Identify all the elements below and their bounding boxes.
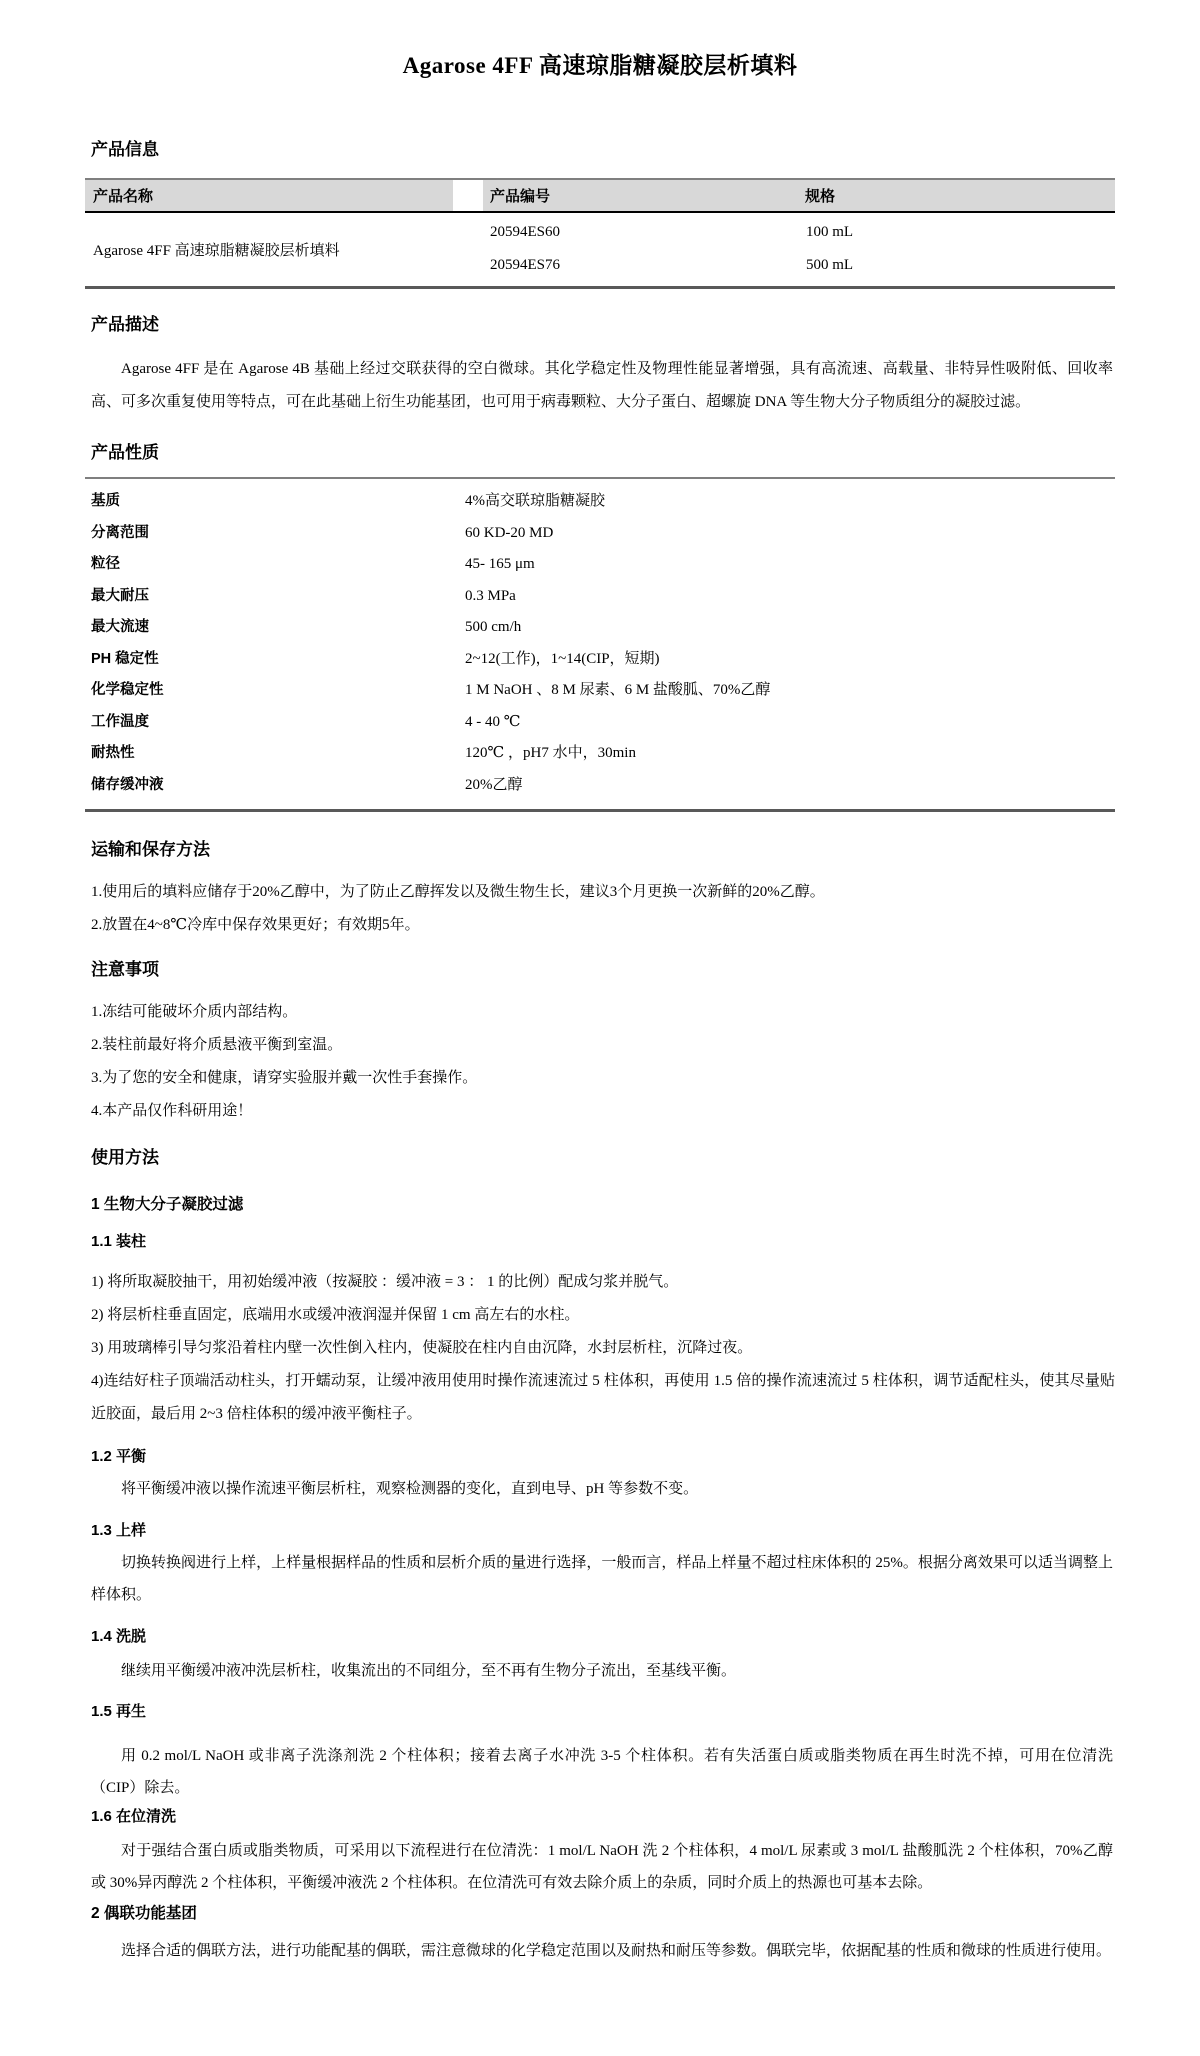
product-code-cell: 20594ES60 [490, 224, 806, 241]
table-row: 分离范围 60 KD-20 MD [85, 518, 1115, 550]
page-title: Agarose 4FF 高速琼脂糖凝胶层析填料 [85, 48, 1115, 84]
usage-paragraph-1-6: 对于强结合蛋白质或脂类物质，可采用以下流程进行在位清洗：1 mol/L NaOH… [85, 1835, 1115, 1899]
storage-list: 1.使用后的填料应储存于20%乙醇中，为了防止乙醇挥发以及微生物生长，建议3个月… [85, 876, 1115, 942]
product-variants: 20594ES60 100 mL 20594ES76 500 mL [490, 216, 1115, 282]
table-row: 粒径 45- 165 μm [85, 549, 1115, 581]
header-cell-product-name: 产品名称 [85, 180, 453, 211]
usage-heading-1-3: 1.3 上样 [85, 1520, 1115, 1541]
property-value: 120℃ ，pH7 水中，30min [465, 738, 1115, 770]
section-heading-notes: 注意事项 [85, 958, 1115, 982]
table-row: 20594ES76 500 mL [490, 249, 1115, 282]
usage-heading-1-2: 1.2 平衡 [85, 1446, 1115, 1467]
table-row: PH 稳定性 2~12(工作)，1~14(CIP，短期) [85, 644, 1115, 676]
usage-part2-heading: 2 偶联功能基团 [85, 1903, 1115, 1925]
property-label: 分离范围 [85, 518, 465, 550]
column-header-label: 规格 [805, 185, 835, 206]
usage-heading-1-4: 1.4 洗脱 [85, 1626, 1115, 1647]
property-label: 基质 [85, 486, 465, 518]
table-row: 20594ES60 100 mL [490, 216, 1115, 249]
property-value: 20%乙醇 [465, 770, 1115, 802]
property-value: 4%高交联琼脂糖凝胶 [465, 486, 1115, 518]
product-name-cell: Agarose 4FF 高速琼脂糖凝胶层析填料 [85, 216, 490, 282]
notes-list: 1.冻结可能破坏介质内部结构。 2.装柱前最好将介质悬液平衡到室温。 3.为了您… [85, 996, 1115, 1128]
property-label: 化学稳定性 [85, 675, 465, 707]
list-item: 3.为了您的安全和健康，请穿实验服并戴一次性手套操作。 [85, 1062, 1115, 1095]
usage-paragraph-1-4: 继续用平衡缓冲液冲洗层析柱，收集流出的不同组分，至不再有生物分子流出，至基线平衡… [85, 1655, 1115, 1687]
table-row: 化学稳定性 1 M NaOH 、8 M 尿素、6 M 盐酸胍、70%乙醇 [85, 675, 1115, 707]
description-paragraph: Agarose 4FF 是在 Agarose 4B 基础上经过交联获得的空白微球… [85, 353, 1115, 419]
document-page: Agarose 4FF 高速琼脂糖凝胶层析填料 产品信息 产品名称 产品编号 规… [0, 0, 1200, 2056]
product-info-table: 产品名称 产品编号 规格 Agarose 4FF 高速琼脂糖凝胶层析填料 205… [85, 178, 1115, 289]
section-heading-usage: 使用方法 [85, 1146, 1115, 1170]
list-item: 3) 用玻璃棒引导匀浆沿着柱内壁一次性倒入柱内，使凝胶在柱内自由沉降，水封层析柱… [85, 1332, 1115, 1365]
usage-paragraph-1-2: 将平衡缓冲液以操作流速平衡层析柱，观察检测器的变化，直到电导、pH 等参数不变。 [85, 1473, 1115, 1505]
property-value: 0.3 MPa [465, 581, 1115, 613]
table-row: 最大流速 500 cm/h [85, 612, 1115, 644]
property-value: 500 cm/h [465, 612, 1115, 644]
property-label: 耐热性 [85, 738, 465, 770]
property-label: 储存缓冲液 [85, 770, 465, 802]
packing-steps-list: 1) 将所取凝胶抽干，用初始缓冲液（按凝胶 ：缓冲液 = 3 ： 1 的比例）配… [85, 1266, 1115, 1431]
table-row: 耐热性 120℃ ，pH7 水中，30min [85, 738, 1115, 770]
property-value: 45- 165 μm [465, 549, 1115, 581]
properties-table: 基质 4%高交联琼脂糖凝胶 分离范围 60 KD-20 MD 粒径 45- 16… [85, 477, 1115, 812]
property-label: PH 稳定性 [85, 644, 465, 676]
property-value: 60 KD-20 MD [465, 518, 1115, 550]
column-header-label: 产品名称 [93, 185, 153, 206]
list-item: 2.放置在4~8℃冷库中保存效果更好；有效期5年。 [85, 909, 1115, 942]
property-label: 最大流速 [85, 612, 465, 644]
list-item: 4)连结好柱子顶端活动柱头，打开蠕动泵，让缓冲液用使用时操作流速流过 5 柱体积… [85, 1365, 1115, 1431]
product-code-cell: 20594ES76 [490, 257, 806, 274]
table-row: 最大耐压 0.3 MPa [85, 581, 1115, 613]
usage-heading-1-1: 1.1 装柱 [85, 1231, 1115, 1252]
usage-paragraph-1-5: 用 0.2 mol/L NaOH 或非离子洗涤剂洗 2 个柱体积；接着去离子水冲… [85, 1740, 1115, 1804]
list-item: 1.冻结可能破坏介质内部结构。 [85, 996, 1115, 1029]
table-row: 储存缓冲液 20%乙醇 [85, 770, 1115, 802]
list-item: 1) 将所取凝胶抽干，用初始缓冲液（按凝胶 ：缓冲液 = 3 ： 1 的比例）配… [85, 1266, 1115, 1299]
section-heading-product-info: 产品信息 [85, 138, 1115, 162]
column-header-label: 产品编号 [490, 185, 805, 206]
section-heading-properties: 产品性质 [85, 441, 1115, 465]
header-cell-gap [453, 180, 483, 211]
usage-part1-heading: 1 生物大分子凝胶过滤 [85, 1194, 1115, 1216]
product-info-table-body: Agarose 4FF 高速琼脂糖凝胶层析填料 20594ES60 100 mL… [85, 213, 1115, 286]
usage-heading-1-5: 1.5 再生 [85, 1701, 1115, 1722]
usage-paragraph-1-3: 切换转换阀进行上样，上样量根据样品的性质和层析介质的量进行选择，一般而言，样品上… [85, 1547, 1115, 1611]
property-label: 粒径 [85, 549, 465, 581]
list-item: 2.装柱前最好将介质悬液平衡到室温。 [85, 1029, 1115, 1062]
product-info-table-header-row: 产品名称 产品编号 规格 [85, 180, 1115, 213]
list-item: 1.使用后的填料应储存于20%乙醇中，为了防止乙醇挥发以及微生物生长，建议3个月… [85, 876, 1115, 909]
table-row: 工作温度 4 - 40 ℃ [85, 707, 1115, 739]
list-item: 2) 将层析柱垂直固定，底端用水或缓冲液润湿并保留 1 cm 高左右的水柱。 [85, 1299, 1115, 1332]
usage-heading-1-6: 1.6 在位清洗 [85, 1806, 1115, 1827]
product-size-cell: 500 mL [806, 257, 1115, 274]
list-item: 4.本产品仅作科研用途！ [85, 1095, 1115, 1128]
property-value: 4 - 40 ℃ [465, 707, 1115, 739]
section-heading-description: 产品描述 [85, 313, 1115, 337]
property-value: 2~12(工作)，1~14(CIP，短期) [465, 644, 1115, 676]
usage-paragraph-2: 选择合适的偶联方法，进行功能配基的偶联，需注意微球的化学稳定范围以及耐热和耐压等… [85, 1935, 1115, 1967]
section-heading-storage: 运输和保存方法 [85, 838, 1115, 862]
property-value: 1 M NaOH 、8 M 尿素、6 M 盐酸胍、70%乙醇 [465, 675, 1115, 707]
table-row: 基质 4%高交联琼脂糖凝胶 [85, 486, 1115, 518]
header-cell-code-spec: 产品编号 规格 [483, 180, 1115, 211]
product-size-cell: 100 mL [806, 224, 1115, 241]
property-label: 工作温度 [85, 707, 465, 739]
property-label: 最大耐压 [85, 581, 465, 613]
